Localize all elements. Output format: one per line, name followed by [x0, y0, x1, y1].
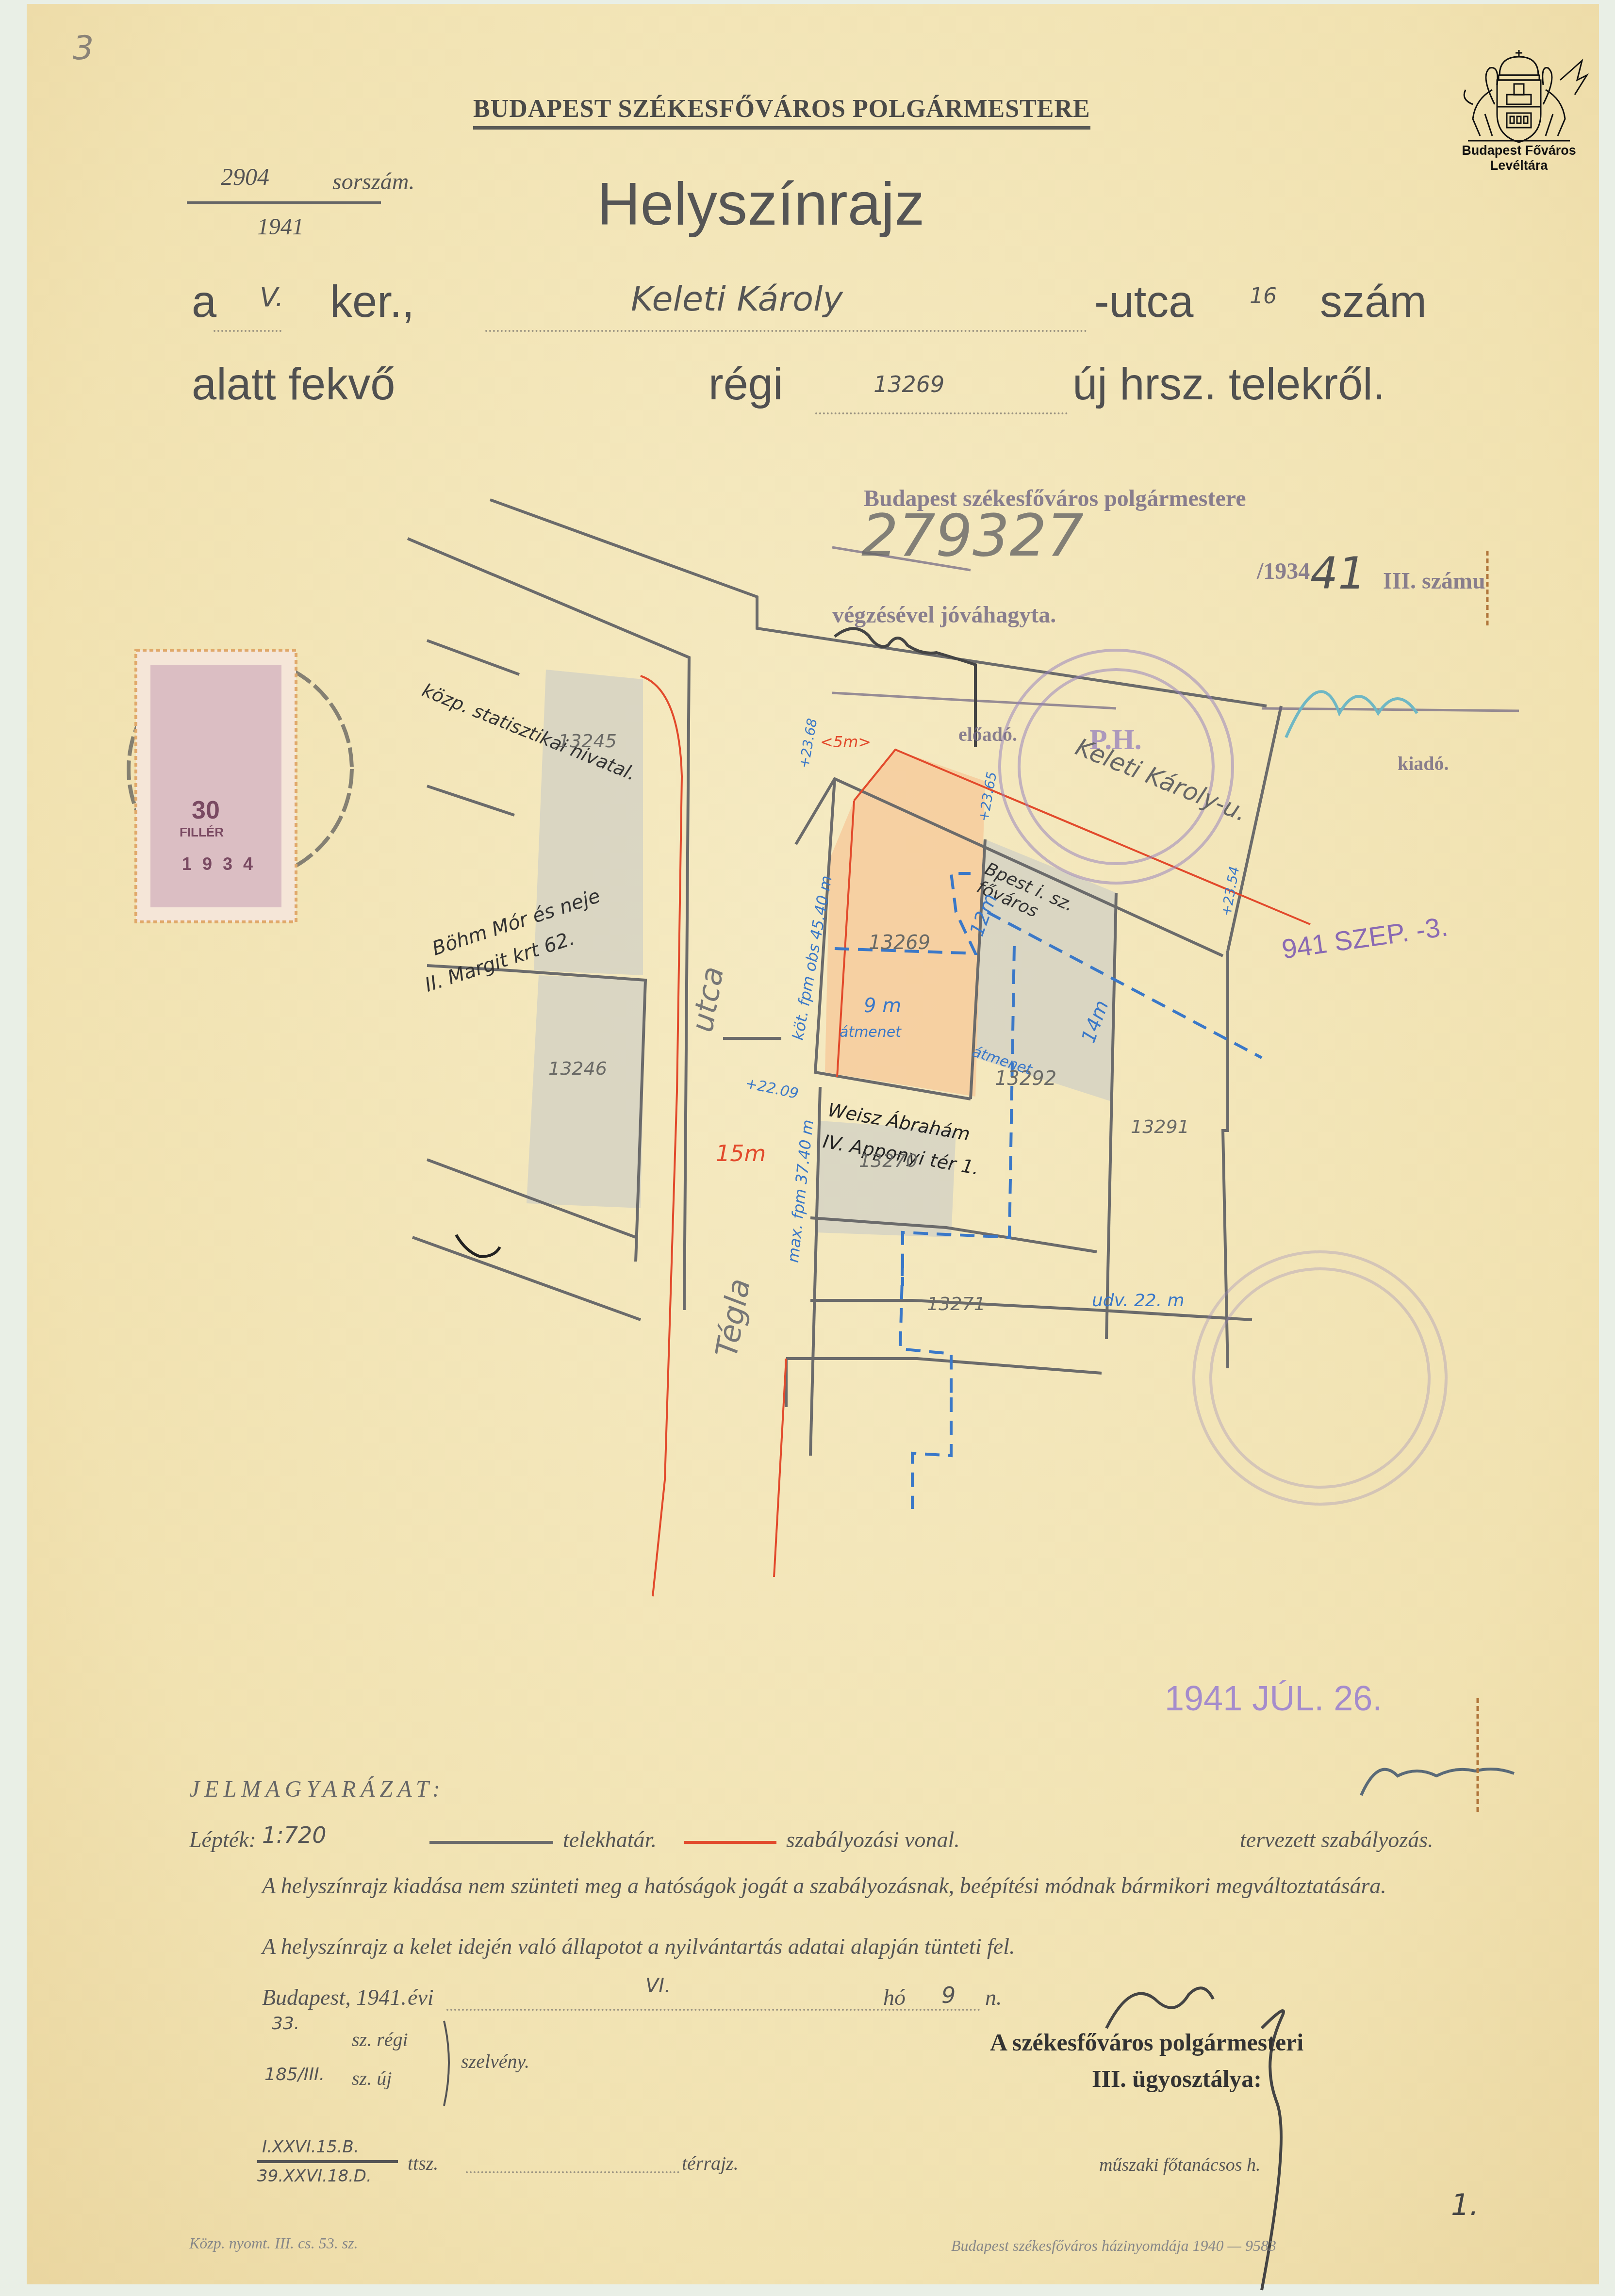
approval-stamp-line2: végzésével jóváhagyta.: [832, 602, 1056, 628]
parcel-id-13291: 13291: [1131, 1116, 1189, 1137]
szelveny-label: szelvény.: [461, 2050, 529, 2073]
revenue-stamp-unit: FILLÉR: [180, 825, 224, 840]
scale-value: 1:720: [262, 1822, 327, 1848]
kiado-label: kiadó.: [1398, 752, 1449, 775]
width-9m: 9 m: [864, 995, 901, 1017]
setback-5m: <5m>: [820, 733, 871, 751]
date-day-value: 9: [941, 1982, 956, 2008]
footer-printer: Budapest székesfőváros házinyomdája 1940…: [951, 2237, 1276, 2255]
approval-number: 279327: [861, 502, 1084, 570]
page-mark: 1.: [1451, 2188, 1479, 2222]
terrajz-label: térrajz.: [682, 2152, 739, 2175]
legend-title: JELMAGYARÁZAT:: [189, 1776, 445, 1803]
date-n-label: n.: [985, 1984, 1002, 2010]
sheet-old-number: 33.: [272, 2014, 299, 2034]
footer-print-code: Közp. nyomt. III. cs. 53. sz.: [189, 2234, 358, 2252]
note-regulation-rights: A helyszínrajz kiadása nem szünteti meg …: [262, 1870, 1451, 1902]
signatory-role: műszaki főtanácsos h.: [1099, 2154, 1261, 2176]
date-month-value: VI.: [645, 1975, 671, 1997]
received-date-stamp: 1941 JÚL. 26.: [1165, 1679, 1382, 1719]
ttsz-bottom: 39.XXVI.18.D.: [257, 2166, 372, 2186]
sheet-new-number: 185/III.: [264, 2065, 325, 2084]
legend-regulation-line: szabályozási vonal.: [786, 1827, 960, 1853]
parcel-id-13271: 13271: [927, 1293, 986, 1314]
scale-label: Lépték:: [189, 1827, 256, 1853]
parcel-id-13246: 13246: [548, 1058, 607, 1079]
eloado-label: előadó.: [958, 723, 1017, 746]
parcel-id-13245: 13245: [558, 730, 617, 752]
date-city-year: Budapest, 1941.: [262, 1984, 407, 2010]
legend-planned-regulation: tervezett szabályozás.: [1240, 1827, 1434, 1853]
signatory-dept-line2: III. ügyosztálya:: [1092, 2065, 1262, 2093]
ttsz-label: ttsz.: [408, 2152, 438, 2175]
approval-dept: III. számu: [1383, 568, 1485, 594]
revenue-stamp-year: 1934: [182, 854, 264, 874]
note-state-at-issue: A helyszínrajz a kelet idején való állap…: [262, 1934, 1451, 1959]
parcel-id-13269: 13269: [869, 932, 930, 954]
legend-lot-boundary: telekhatár.: [563, 1827, 657, 1853]
sheet-old-label: sz. régi: [352, 2028, 408, 2051]
dim-15m: 15m: [716, 1140, 766, 1166]
parcel-id-13270: 13270: [859, 1150, 918, 1171]
ttsz-top: I.XXVI.15.B.: [262, 2137, 359, 2157]
approval-year-handwritten: 41: [1310, 548, 1366, 599]
terrajz-dotted-line: [466, 2171, 679, 2173]
date-evi-label: évi: [408, 1984, 434, 2010]
courtyard-width: udv. 22. m: [1092, 1291, 1185, 1311]
date-ho-label: hó: [883, 1984, 906, 2010]
transition-label-1: átmenet: [840, 1024, 901, 1041]
signatory-dept-line1: A székesfőváros polgármesteri: [990, 2028, 1303, 2056]
revenue-stamp-value: 30: [192, 796, 220, 825]
sheet-new-label: sz. új: [352, 2067, 392, 2090]
approval-slash-year: /1934: [1257, 558, 1310, 585]
revenue-stamp-graphic: [136, 650, 296, 922]
